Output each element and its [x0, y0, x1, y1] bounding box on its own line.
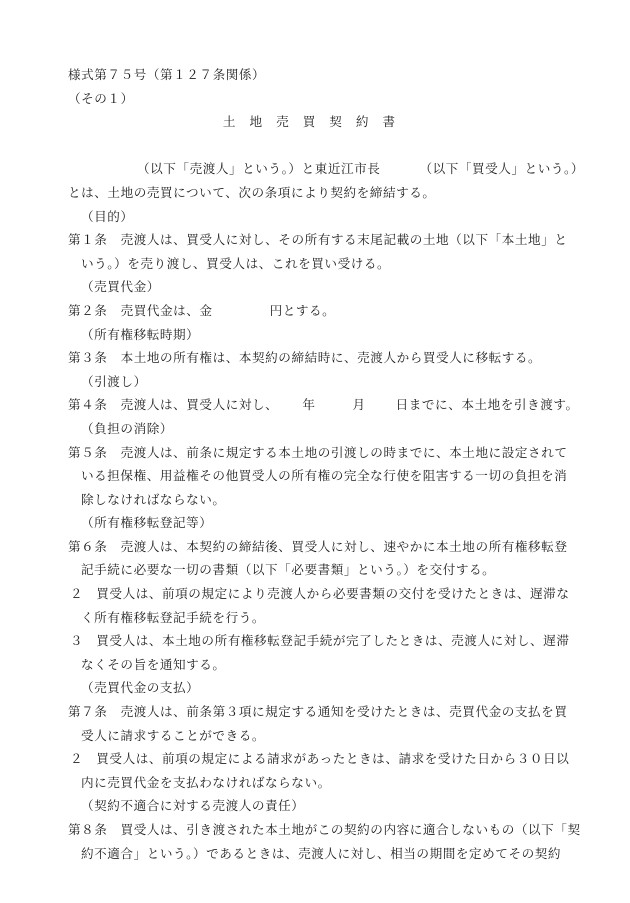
article-6-line-2: 記手続に必要な一切の書類（以下「必要書類」という。）を交付する。: [68, 558, 560, 582]
article-1-heading: （目的）: [68, 205, 560, 229]
article-2-text-b: 円とする。: [270, 303, 336, 318]
contract-document: 様式第７５号（第１２７条関係） （その１） 土地売買契約書 （以下「売渡人」とい…: [68, 63, 560, 865]
article-1-line-1: 第１条 売渡人は、買受人に対し、その所有する末尾記載の土地（以下「本土地」と: [68, 228, 560, 252]
article-6-para-3-line-2: なくその旨を通知する。: [68, 653, 560, 677]
article-7-para-2-line-2: 内に売買代金を支払わなければならない。: [68, 771, 560, 795]
article-2-heading: （売買代金）: [68, 275, 560, 299]
article-1-line-2: いう。）を売り渡し、買受人は、これを買い受ける。: [68, 252, 560, 276]
article-6-para-2-line-2: く所有権移転登記手続を行う。: [68, 606, 560, 630]
preamble-seller-clause: （以下「売渡人」という。）と東近江市長: [137, 161, 380, 176]
article-6-para-2-line-1: ２ 買受人は、前項の規定により売渡人から必要書類の交付を受けたときは、遅滞な: [68, 582, 560, 606]
preamble-line-2: とは、土地の売買について、次の条項により契約を締結する。: [68, 181, 560, 205]
year-label: 年: [302, 397, 315, 412]
article-5-heading: （負担の消除）: [68, 417, 560, 441]
article-6-heading: （所有権移転登記等）: [68, 511, 560, 535]
article-6-para-3-line-1: ３ 買受人は、本土地の所有権移転登記手続が完了したときは、売渡人に対し、遅滞: [68, 629, 560, 653]
article-4-line-1: 第４条 売渡人は、買受人に対し、年月日までに、本土地を引き渡す。: [68, 393, 560, 417]
article-4-text-a: 第４条 売渡人は、買受人に対し、: [68, 397, 278, 412]
article-8-line-2: 約不適合」という。）であるときは、売渡人に対し、相当の期間を定めてその契約: [68, 842, 560, 866]
article-8-heading: （契約不適合に対する売渡人の責任）: [68, 794, 560, 818]
article-4-heading: （引渡し）: [68, 370, 560, 394]
article-6-line-1: 第６条 売渡人は、本契約の締結後、買受人に対し、速やかに本土地の所有権移転登: [68, 535, 560, 559]
form-number: 様式第７５号（第１２７条関係）: [68, 63, 560, 87]
sub-number: （その１）: [68, 87, 560, 111]
article-2-line-1: 第２条 売買代金は、金円とする。: [68, 299, 560, 323]
article-2-text-a: 第２条 売買代金は、金: [68, 303, 213, 318]
article-5-line-2: いる担保権、用益権その他買受人の所有権の完全な行使を阻害する一切の負担を消: [68, 464, 560, 488]
article-7-line-2: 受人に請求することができる。: [68, 724, 560, 748]
article-5-line-3: 除しなければならない。: [68, 488, 560, 512]
article-8-line-1: 第８条 買受人は、引き渡された本土地がこの契約の内容に適合しないもの（以下「契: [68, 818, 560, 842]
preamble-line-1: （以下「売渡人」という。）と東近江市長（以下「買受人」という。）: [68, 157, 560, 181]
document-title: 土地売買契約書: [58, 110, 560, 134]
article-3-heading: （所有権移転時期）: [68, 323, 560, 347]
preamble-buyer-clause: （以下「買受人」という。）: [419, 161, 584, 176]
article-7-para-2-line-1: ２ 買受人は、前項の規定による請求があったときは、請求を受けた日から３０日以: [68, 747, 560, 771]
article-7-line-1: 第７条 売渡人は、前条第３項に規定する通知を受けたときは、売買代金の支払を買: [68, 700, 560, 724]
article-5-line-1: 第５条 売渡人は、前条に規定する本土地の引渡しの時までに、本土地に設定されて: [68, 441, 560, 465]
article-7-heading: （売買代金の支払）: [68, 676, 560, 700]
spacer: [68, 134, 560, 158]
article-4-text-b: 日までに、本土地を引き渡す。: [396, 397, 579, 412]
month-label: 月: [352, 397, 365, 412]
article-3-line-1: 第３条 本土地の所有権は、本契約の締結時に、売渡人から買受人に移転する。: [68, 346, 560, 370]
